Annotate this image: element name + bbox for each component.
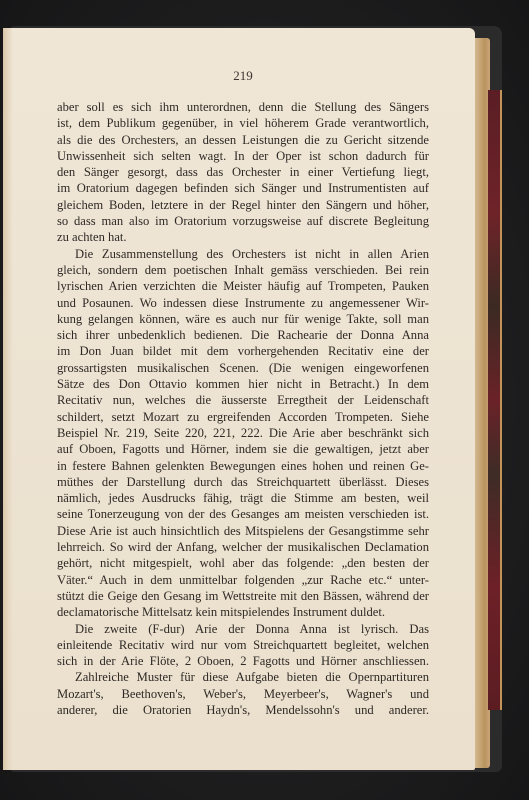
text-line: sich in der Arie Flöte, 2 Oboen, 2 Fagot… bbox=[57, 653, 429, 669]
text-line: Mozart's, Beethoven's, Weber's, Meyerbee… bbox=[57, 686, 429, 702]
page-body-text: aber soll es sich ihm unterordnen, denn … bbox=[57, 99, 429, 718]
text-line: seine Tonerzeugung von der des Gesanges … bbox=[57, 506, 429, 522]
text-line: stützt die Geige den Gesang im Wettstrei… bbox=[57, 588, 429, 604]
text-line: Beispiel Nr. 219, Seite 220, 221, 222. D… bbox=[57, 425, 429, 441]
text-line: den Sänger gesorgt, dass das Orchester i… bbox=[57, 164, 429, 180]
text-line: sich ihrer unbedenklich bedienen. Die Ra… bbox=[57, 327, 429, 343]
text-line: Sätze des Don Ottavio kommen hier nicht … bbox=[57, 376, 429, 392]
text-line: gleichem Boden, letztere in der Regel hi… bbox=[57, 197, 429, 213]
text-line: Unwissenheit sich selten wagt. In der Op… bbox=[57, 148, 429, 164]
text-line: und Posaunen. Wo indessen diese Instrume… bbox=[57, 295, 429, 311]
text-line: declamatorische Mittelsatz kein mitspiel… bbox=[57, 604, 429, 620]
text-line: im Don Juan bildet mit dem vorhergehende… bbox=[57, 343, 429, 359]
text-line: Diese Arie ist auch hinsichtlich des Mit… bbox=[57, 523, 429, 539]
text-line: aber soll es sich ihm unterordnen, denn … bbox=[57, 99, 429, 115]
text-line: als die des Orchesters, an dessen Leistu… bbox=[57, 132, 429, 148]
text-line: zu achten hat. bbox=[57, 229, 429, 245]
text-line: so dass man also im Oratorium vorzugswei… bbox=[57, 213, 429, 229]
text-line: gleich, sondern dem poetischen Inhalt ge… bbox=[57, 262, 429, 278]
text-line: kung gelangen können, wäre es auch nur f… bbox=[57, 311, 429, 327]
text-line: auf Oboen, Fagotts und Hörner, indem sie… bbox=[57, 441, 429, 457]
text-line: ist, dem Publikum gegenüber, in viel höh… bbox=[57, 115, 429, 131]
text-line: schildert, setzt Mozart zu ergreifenden … bbox=[57, 409, 429, 425]
text-line: Zahlreiche Muster für diese Aufgabe biet… bbox=[57, 669, 429, 685]
cover-marbled-edge bbox=[488, 90, 502, 710]
text-line: in festere Bahnen gelenkten Bewegungen e… bbox=[57, 458, 429, 474]
text-line: Väter.“ Auch in dem unmittelbar folgende… bbox=[57, 572, 429, 588]
text-line: im Oratorium dagegen befinden sich Sänge… bbox=[57, 180, 429, 196]
text-line: einleitende Recitativ wird nur vom Strei… bbox=[57, 637, 429, 653]
text-line: Recitativ nun, welches die äusserste Err… bbox=[57, 392, 429, 408]
text-line: lehrreich. So wird der Anfang, welcher d… bbox=[57, 539, 429, 555]
text-line: grossartigsten musikalischen Scenen. (Di… bbox=[57, 360, 429, 376]
text-line: gehört, nicht mitgespielt, wohl aber das… bbox=[57, 555, 429, 571]
text-line: anderer, die Oratorien Haydn's, Mendelss… bbox=[57, 702, 429, 718]
text-line: Die zweite (F-dur) Arie der Donna Anna i… bbox=[57, 621, 429, 637]
page-gutter bbox=[3, 28, 13, 770]
text-line: nämlich, jedes Ausdrucks fähig, trägt di… bbox=[57, 490, 429, 506]
text-line: müthes der Darstellung durch das Streich… bbox=[57, 474, 429, 490]
page-number: 219 bbox=[0, 68, 486, 84]
text-line: lyrischen Arien verzichten die Meister h… bbox=[57, 278, 429, 294]
text-line: Die Zusammenstellung des Orchesters ist … bbox=[57, 246, 429, 262]
